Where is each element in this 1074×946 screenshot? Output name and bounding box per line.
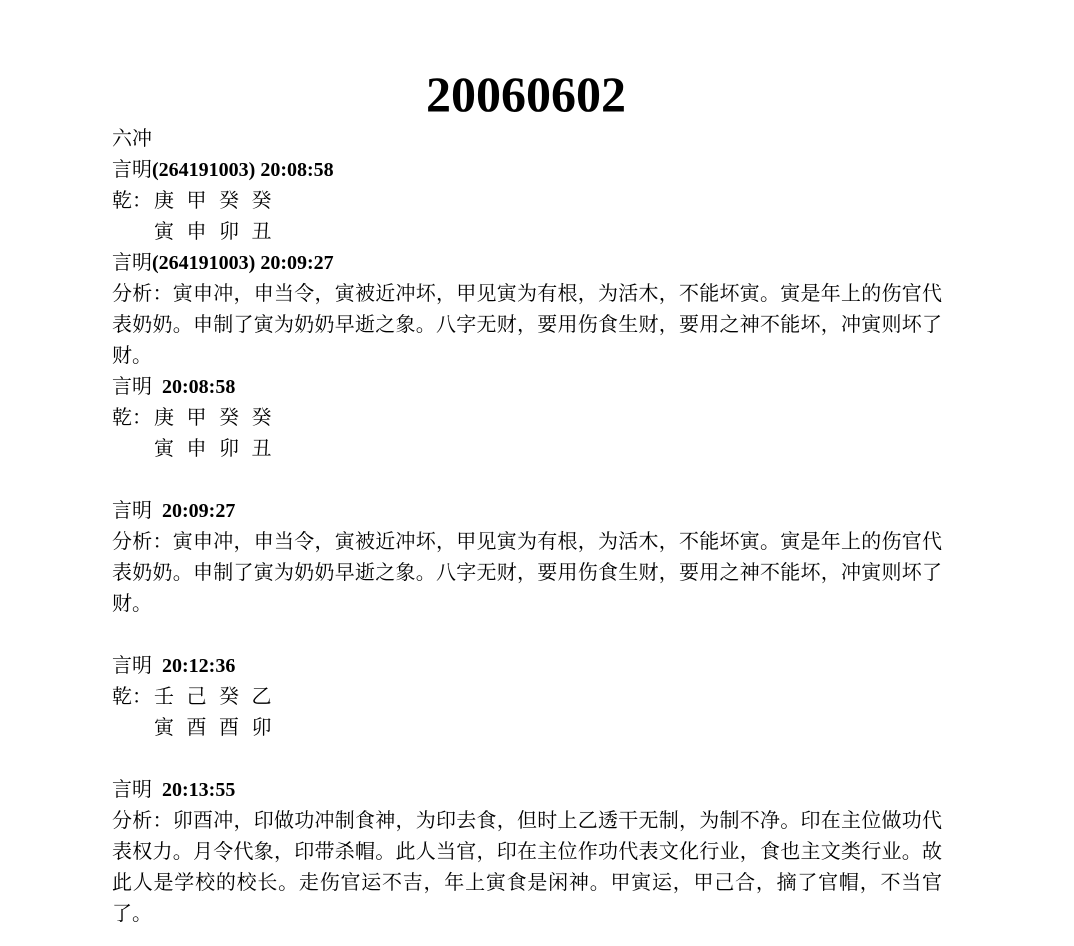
post-author: 言明	[112, 376, 152, 398]
spacer	[112, 465, 942, 496]
post-id: (264191003)	[152, 159, 255, 181]
post-time: 20:08:58	[260, 159, 333, 181]
stem-month: 甲	[187, 186, 220, 217]
section-heading: 六冲	[112, 124, 942, 155]
post-time: 20:09:27	[162, 500, 235, 522]
branch-day: 酉	[219, 713, 252, 744]
stem-hour: 乙	[252, 682, 285, 713]
branch-hour: 卯	[252, 713, 285, 744]
branch-month: 申	[187, 434, 220, 465]
post-header: 言明(264191003) 20:08:58	[112, 155, 942, 186]
stem-month: 甲	[187, 403, 220, 434]
document-body: 六冲 言明(264191003) 20:08:58 乾：庚甲癸癸 寅申卯丑 言明…	[112, 124, 942, 930]
branch-day: 卯	[219, 434, 252, 465]
branch-hour: 丑	[252, 434, 285, 465]
branch-year: 寅	[154, 713, 187, 744]
document-page: 20060602 六冲 言明(264191003) 20:08:58 乾：庚甲癸…	[0, 0, 1074, 946]
branch-day: 卯	[219, 217, 252, 248]
branch-month: 酉	[187, 713, 220, 744]
branch-year: 寅	[154, 217, 187, 248]
stem-year: 庚	[154, 186, 187, 217]
post-time: 20:12:36	[162, 655, 235, 677]
bazi-stems-row: 乾：庚甲癸癸	[112, 403, 942, 434]
post-author: 言明	[112, 655, 152, 677]
analysis-paragraph: 分析：寅申冲，申当令，寅被近冲坏，甲见寅为有根，为活木，不能坏寅。寅是年上的伤官…	[112, 527, 942, 620]
post-header: 言明(264191003) 20:09:27	[112, 248, 942, 279]
post-author: 言明	[112, 779, 152, 801]
analysis-paragraph: 分析：卯酉冲，印做功冲制食神，为印去食，但时上乙透干无制，为制不净。印在主位做功…	[112, 806, 942, 930]
stem-day: 癸	[219, 403, 252, 434]
stem-year: 壬	[154, 682, 187, 713]
post-time: 20:09:27	[260, 252, 333, 274]
branch-year: 寅	[154, 434, 187, 465]
stem-day: 癸	[219, 682, 252, 713]
spacer	[112, 620, 942, 651]
post-time: 20:08:58	[162, 376, 235, 398]
post-author: 言明	[112, 500, 152, 522]
gender-label: 乾：	[112, 403, 154, 434]
stem-hour: 癸	[252, 403, 285, 434]
post-author: 言明	[112, 159, 152, 181]
bazi-branches-row: 寅申卯丑	[112, 217, 942, 248]
stem-hour: 癸	[252, 186, 285, 217]
analysis-paragraph: 分析：寅申冲，申当令，寅被近冲坏，甲见寅为有根，为活木，不能坏寅。寅是年上的伤官…	[112, 279, 942, 372]
stem-day: 癸	[219, 186, 252, 217]
spacer	[112, 744, 942, 775]
bazi-stems-row: 乾：庚甲癸癸	[112, 186, 942, 217]
post-header: 言明 20:12:36	[112, 651, 942, 682]
bazi-branches-row: 寅申卯丑	[112, 434, 942, 465]
post-header: 言明 20:09:27	[112, 496, 942, 527]
bazi-stems-row: 乾：壬己癸乙	[112, 682, 942, 713]
branch-month: 申	[187, 217, 220, 248]
document-title: 20060602	[0, 62, 1052, 126]
post-id: (264191003)	[152, 252, 255, 274]
post-time: 20:13:55	[162, 779, 235, 801]
gender-label: 乾：	[112, 186, 154, 217]
gender-label: 乾：	[112, 682, 154, 713]
post-header: 言明 20:13:55	[112, 775, 942, 806]
post-author: 言明	[112, 252, 152, 274]
branch-hour: 丑	[252, 217, 285, 248]
post-header: 言明 20:08:58	[112, 372, 942, 403]
bazi-branches-row: 寅酉酉卯	[112, 713, 942, 744]
stem-year: 庚	[154, 403, 187, 434]
stem-month: 己	[187, 682, 220, 713]
